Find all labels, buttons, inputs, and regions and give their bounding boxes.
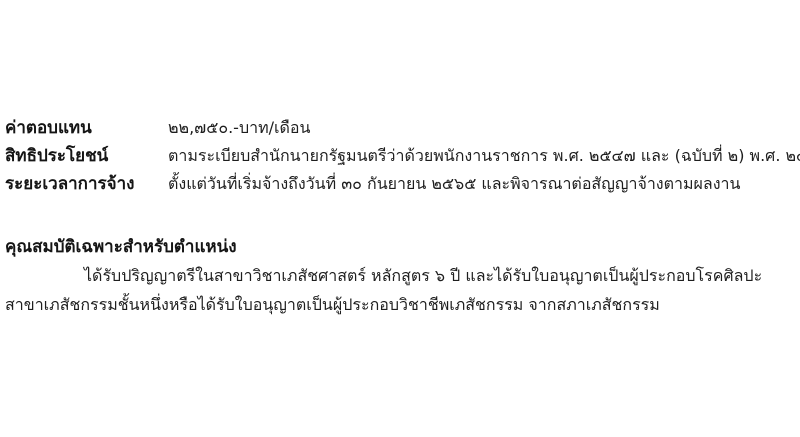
compensation-value: ๒๒,๗๕๐.-บาท/เดือน bbox=[168, 114, 310, 142]
detail-row-benefits: สิทธิประโยชน์ ตามระเบียบสำนักนายกรัฐมนตร… bbox=[0, 142, 800, 170]
compensation-label: ค่าตอบแทน bbox=[5, 114, 92, 142]
employment-period-value: ตั้งแต่วันที่เริ่มจ้างถึงวันที่ ๓๐ กันยา… bbox=[168, 170, 740, 198]
employment-period-label: ระยะเวลาการจ้าง bbox=[5, 170, 134, 198]
qualifications-heading: คุณสมบัติเฉพาะสำหรับตำแหน่ง bbox=[5, 233, 237, 261]
qualifications-paragraph-line-2: สาขาเภสัชกรรมชั้นหนึ่งหรือได้รับใบอนุญาต… bbox=[5, 291, 660, 319]
detail-row-compensation: ค่าตอบแทน ๒๒,๗๕๐.-บาท/เดือน bbox=[0, 114, 800, 142]
document-page: ค่าตอบแทน ๒๒,๗๕๐.-บาท/เดือน สิทธิประโยชน… bbox=[0, 0, 800, 437]
benefits-value: ตามระเบียบสำนักนายกรัฐมนตรีว่าด้วยพนักงา… bbox=[168, 142, 800, 170]
detail-row-employment-period: ระยะเวลาการจ้าง ตั้งแต่วันที่เริ่มจ้างถึ… bbox=[0, 170, 800, 198]
benefits-label: สิทธิประโยชน์ bbox=[5, 142, 108, 170]
qualifications-paragraph-line-1: ได้รับปริญญาตรีในสาขาวิชาเภสัชศาสตร์ หลั… bbox=[84, 262, 762, 290]
